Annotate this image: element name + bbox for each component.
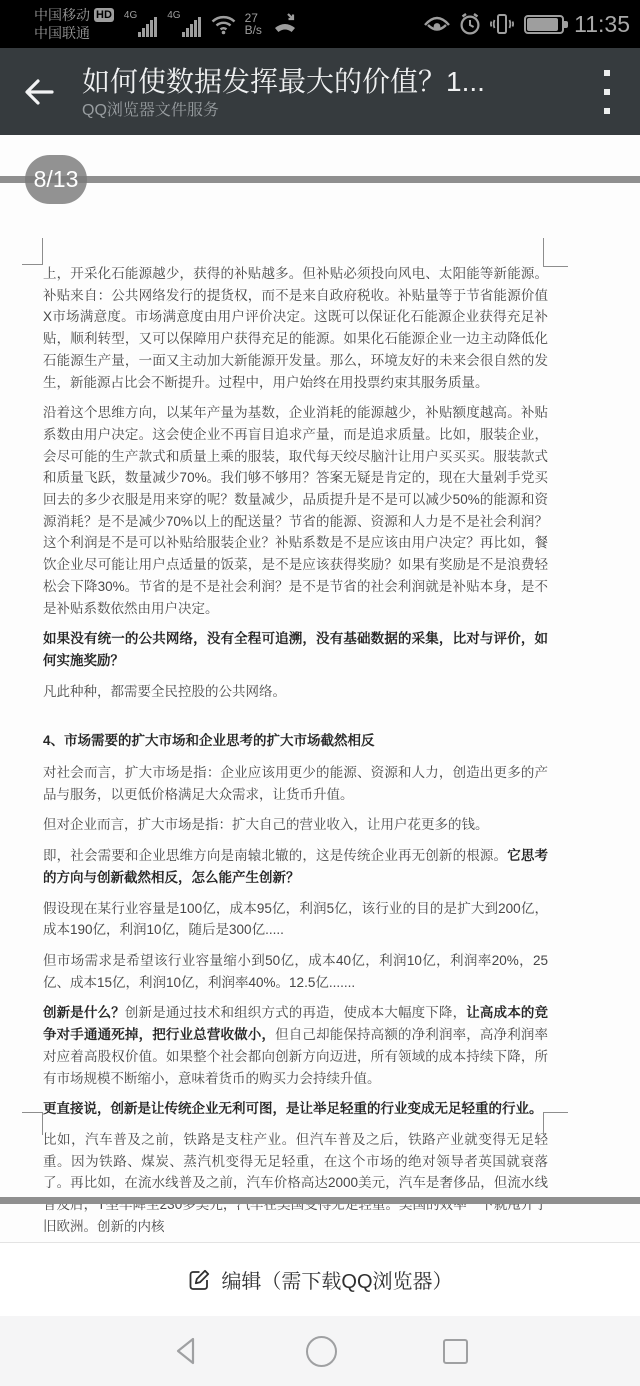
network-type-label-1: 4G [124, 11, 137, 21]
back-arrow-button[interactable] [22, 77, 56, 107]
nav-home-button[interactable] [306, 1336, 337, 1367]
document-paragraph: 对社会而言，扩大市场是指：企业应该用更少的能源、资源和人力，创造出更多的产品与服… [43, 762, 548, 805]
alarm-clock-icon [458, 12, 482, 36]
page-indicator: 8/13 [25, 155, 87, 204]
document-paragraph: 但对企业而言，扩大市场是指：扩大自己的营业收入，让用户花更多的钱。 [43, 814, 548, 836]
nav-back-triangle-icon [172, 1335, 200, 1367]
document-paragraph: 沿着这个思维方向，以某年产量为基数，企业消耗的能源越少，补贴额度越高。补贴系数由… [43, 402, 548, 619]
carrier-labels: 中国移动 HD 中国联通 [34, 6, 114, 42]
wifi-icon [210, 13, 237, 35]
missed-call-icon [272, 12, 298, 36]
page-separator-top [0, 176, 640, 183]
document-paragraph: 如果没有统一的公共网络，没有全程可追溯，没有基础数据的采集，比对与评价，如何实施… [43, 628, 548, 671]
carrier-primary: 中国移动 [34, 6, 90, 24]
signal-strength-icon-2: 4G [167, 11, 200, 37]
document-paragraph: 更直接说，创新是让传统企业无利可图，是让举足轻重的行业变成无足轻重的行业。 [43, 1098, 548, 1120]
network-speed: 27 B/s [245, 12, 262, 36]
crop-mark-top-left [22, 238, 43, 265]
back-arrow-icon [22, 77, 56, 107]
page-subtitle: QQ浏览器文件服务 [82, 101, 586, 121]
document-paragraph: 比如，汽车普及之前，铁路是支柱产业。但汽车普及之后，铁路产业就变得无足轻重。因为… [43, 1129, 548, 1238]
page-title: 如何使数据发挥最大的价值？1... [82, 65, 586, 99]
network-type-label-2: 4G [167, 11, 180, 21]
document-paragraph: 凡此种种，都需要全民控股的公共网络。 [43, 681, 548, 703]
nav-recents-button[interactable] [443, 1339, 468, 1364]
document-heading: 4、市场需要的扩大市场和企业思考的扩大市场截然相反 [43, 730, 548, 752]
edit-pencil-icon [187, 1268, 211, 1292]
signal-bars-icon [182, 17, 201, 37]
network-speed-unit: B/s [245, 24, 262, 36]
document-paragraph: 创新是什么？创新是通过技术和组织方式的再造，使成本大幅度下降，让高成本的竞争对手… [43, 1002, 548, 1089]
document-paragraph: 上，开采化石能源越少，获得的补贴越多。但补贴必须投向风电、太阳能等新能源。补贴来… [43, 263, 548, 393]
vibrate-icon [489, 12, 515, 36]
document-paragraph: 假设现在某行业容量是100亿，成本95亿，利润5亿，该行业的目的是扩大到200亿… [43, 898, 548, 941]
page-separator-bottom [0, 1197, 640, 1204]
android-nav-bar [0, 1316, 640, 1386]
app-bar: 如何使数据发挥最大的价值？1... QQ浏览器文件服务 [0, 48, 640, 135]
crop-mark-top-right [543, 238, 568, 267]
edit-button-label: 编辑（需下载QQ浏览器） [221, 1265, 452, 1294]
document-viewport[interactable]: 8/13 上，开采化石能源越少，获得的补贴越多。但补贴必须投向风电、太阳能等新能… [0, 135, 640, 1242]
status-bar: 中国移动 HD 中国联通 4G 4G 27 B/s [0, 0, 640, 48]
battery-icon [524, 15, 564, 34]
signal-strength-icon-1: 4G [124, 11, 157, 37]
crop-mark-bottom-left [22, 1112, 43, 1135]
crop-mark-bottom-right [543, 1112, 568, 1135]
nav-back-button[interactable] [172, 1335, 200, 1367]
edit-bar: 编辑（需下载QQ浏览器） [0, 1242, 640, 1316]
eye-comfort-icon [423, 13, 451, 35]
edit-button[interactable]: 编辑（需下载QQ浏览器） [187, 1265, 452, 1294]
document-text: 上，开采化石能源越少，获得的补贴越多。但补贴必须投向风电、太阳能等新能源。补贴来… [43, 263, 548, 1246]
signal-bars-icon [138, 17, 157, 37]
overflow-menu-button[interactable] [594, 64, 620, 120]
document-paragraph: 即，社会需要和企业思维方向是南辕北辙的，这是传统企业再无创新的根源。它思考的方向… [43, 845, 548, 888]
carrier-secondary: 中国联通 [34, 24, 114, 42]
hd-badge: HD [94, 8, 114, 22]
document-paragraph: 但市场需求是希望该行业容量缩小到50亿，成本40亿，利润10亿，利润率20%，2… [43, 950, 548, 993]
clock-time: 11:35 [574, 11, 630, 38]
